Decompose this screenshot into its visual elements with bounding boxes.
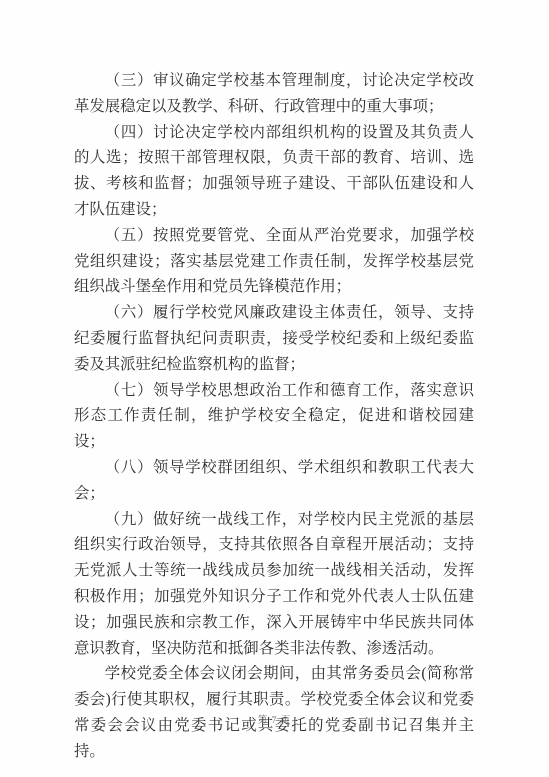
paragraph-item-7: （七）领导学校思想政治工作和德育工作，落实意识形态工作责任制，维护学校安全稳定，… xyxy=(74,378,474,455)
document-body-text: （三）审议确定学校基本管理制度，讨论决定学校改革发展稳定以及教学、科研、行政管理… xyxy=(74,68,474,765)
paragraph-item-9: （九）做好统一战线工作，对学校内民主党派的基层组织实行政治领导，支持其依照各自章… xyxy=(74,507,474,662)
document-page: （三）审议确定学校基本管理制度，讨论决定学校改革发展稳定以及教学、科研、行政管理… xyxy=(0,0,549,777)
paragraph-item-5: （五）按照党要管党、全面从严治党要求，加强学校党组织建设；落实基层党建工作责任制… xyxy=(74,223,474,300)
paragraph-item-8: （八）领导学校群团组织、学术组织和教职工代表大会； xyxy=(74,455,474,507)
page-number: 第 7 页 xyxy=(0,712,549,726)
paragraph-item-4: （四）讨论决定学校内部组织机构的设置及其负责人的人选；按照干部管理权限，负责干部… xyxy=(74,120,474,223)
paragraph-item-3: （三）审议确定学校基本管理制度，讨论决定学校改革发展稳定以及教学、科研、行政管理… xyxy=(74,68,474,120)
paragraph-item-6: （六）履行学校党风廉政建设主体责任，领导、支持纪委履行监督执纪问责职责，接受学校… xyxy=(74,300,474,377)
